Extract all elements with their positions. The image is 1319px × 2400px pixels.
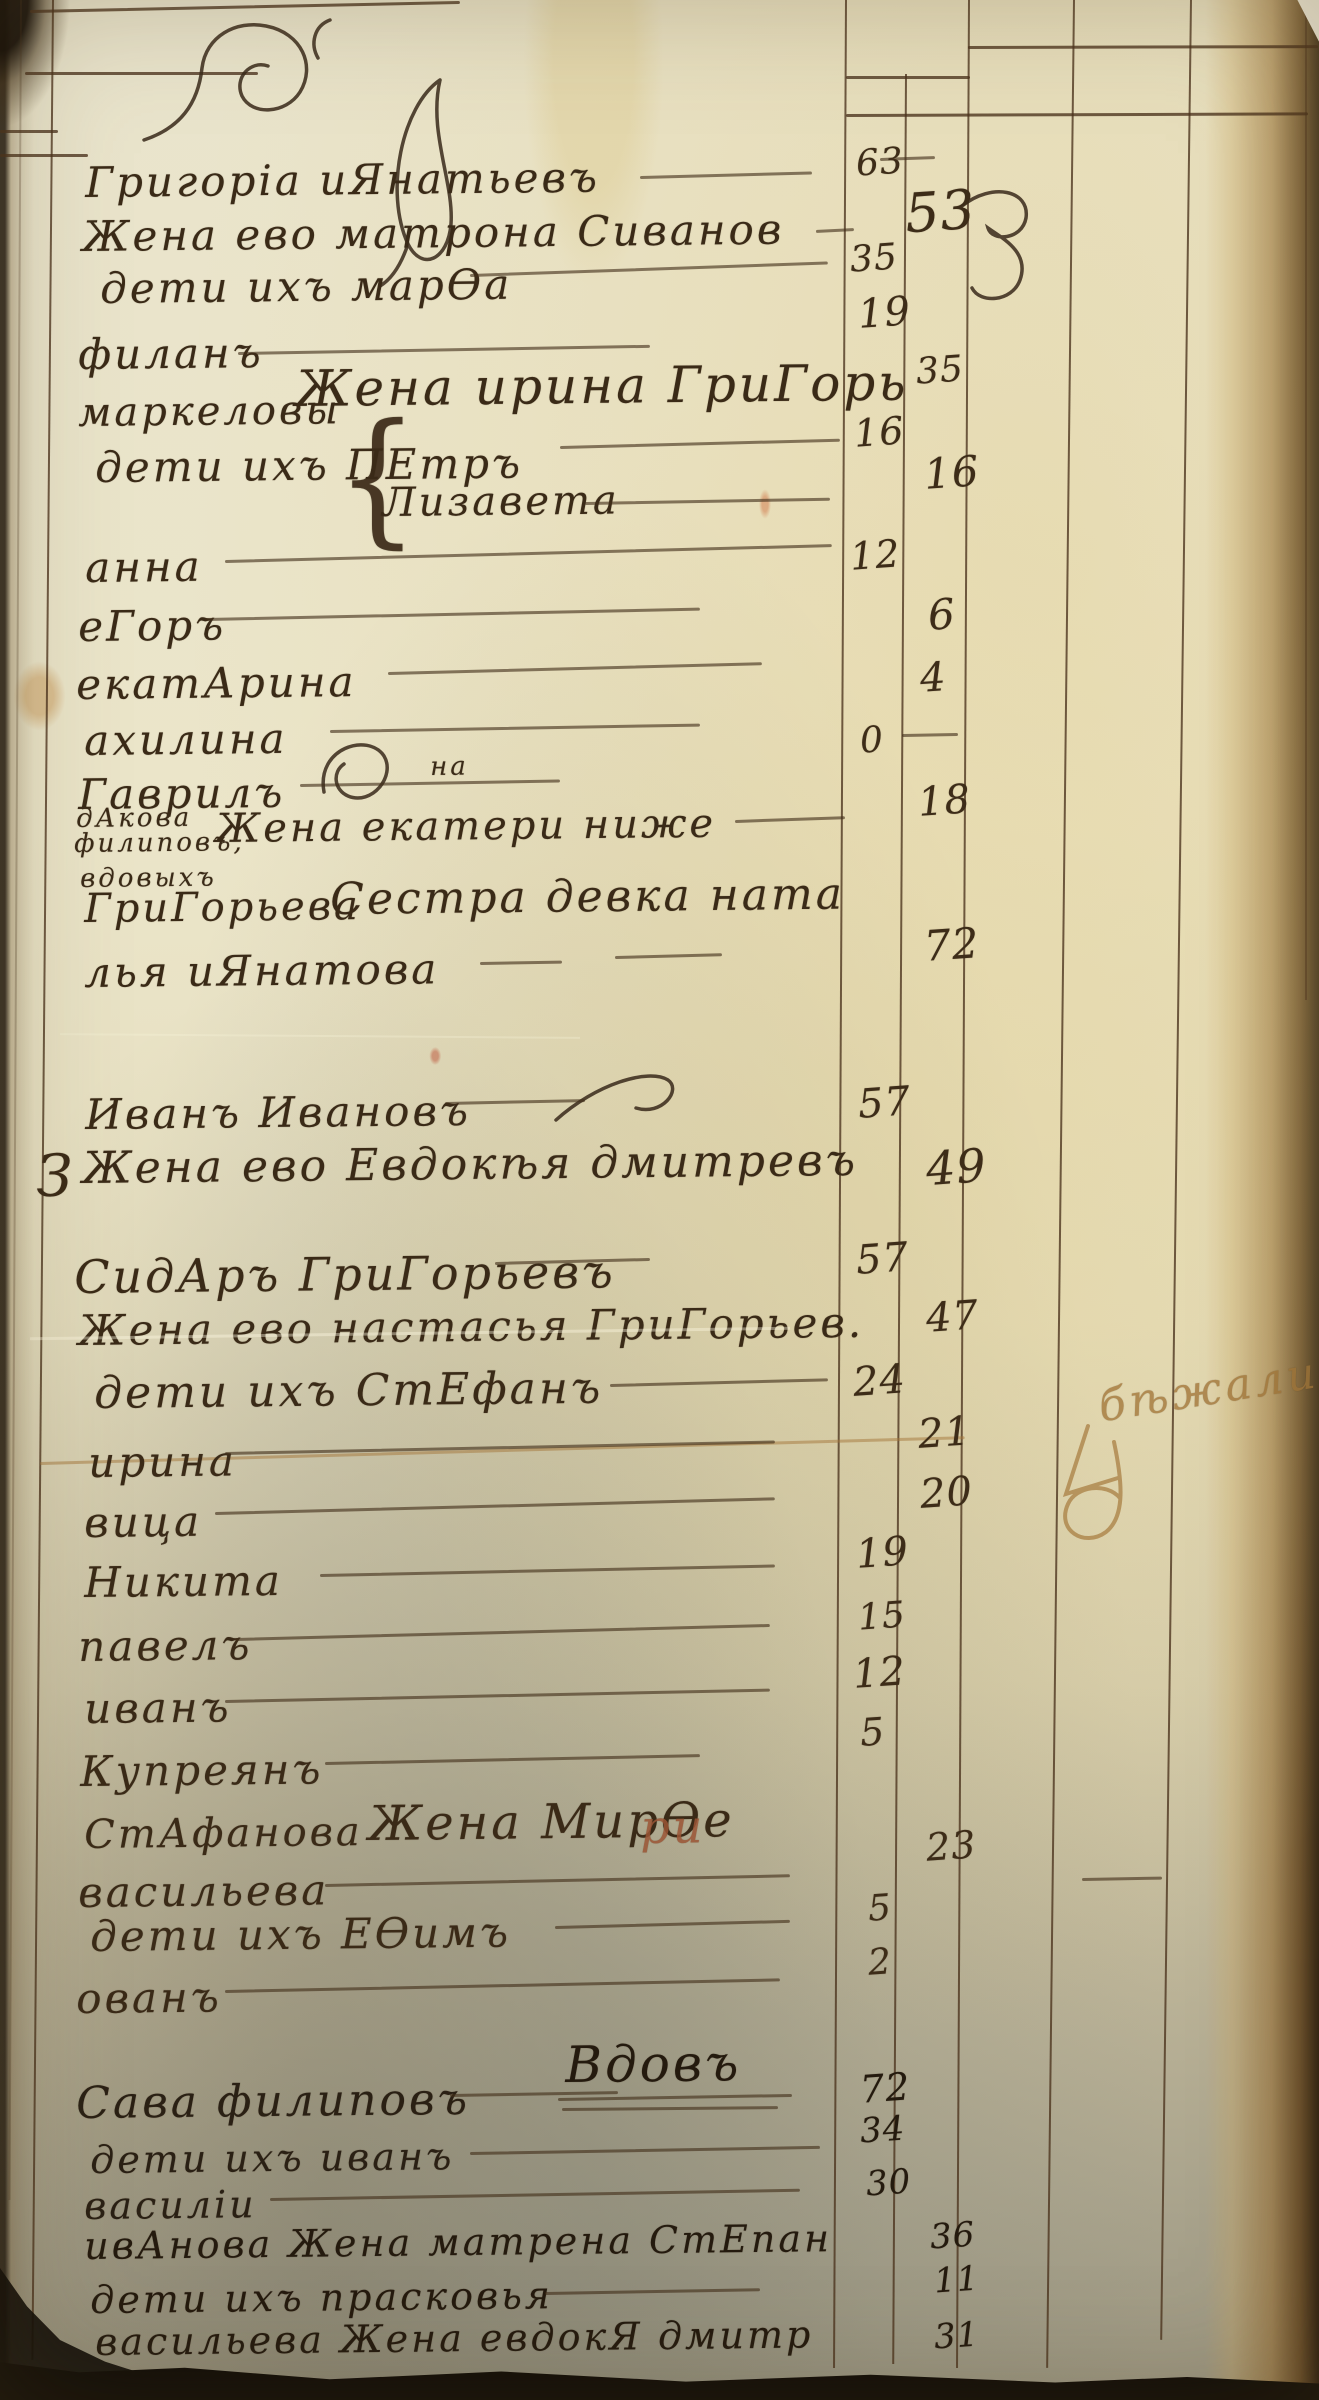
- age-number: 18: [916, 776, 972, 826]
- manuscript-line: ирина: [88, 1436, 237, 1487]
- ditto-dash-rule: [545, 2288, 760, 2295]
- age-number: 36: [929, 2214, 977, 2257]
- ditto-dash-rule: [225, 1689, 770, 1703]
- age-number: 2: [867, 1941, 894, 1984]
- manuscript-line: СтАфанова: [84, 1809, 363, 1858]
- manuscript-line: дети ихъ ЕѲимъ: [90, 1908, 511, 1961]
- left-paper-fold-line: [8, 0, 22, 2200]
- age-number: 16: [922, 446, 981, 499]
- ditto-dash-rule: [902, 733, 958, 737]
- age-number: 49: [924, 1138, 988, 1196]
- manuscript-line: ри: [640, 1799, 706, 1854]
- manuscript-line: иванъ: [84, 1682, 232, 1733]
- age-number: 24: [851, 1356, 907, 1406]
- ditto-dash-rule: [480, 961, 562, 965]
- ditto-dash-rule: [615, 953, 722, 959]
- manuscript-line: дети ихъ СтЕфанъ: [94, 1363, 603, 1419]
- margin-tick-2: [0, 154, 88, 157]
- ditto-dash-rule: [562, 2106, 778, 2111]
- ditto-dash-rule: [470, 2146, 820, 2155]
- age-number: 30: [865, 2161, 913, 2204]
- age-number: 20: [918, 1468, 974, 1518]
- age-number: 11: [933, 2258, 981, 2301]
- age-number: 35: [849, 236, 900, 280]
- age-number: 53: [903, 178, 978, 246]
- ditto-dash-rule: [585, 498, 830, 505]
- age-number: 5: [867, 1887, 894, 1930]
- age-number: 34: [859, 2108, 907, 2151]
- ditto-dash-rule: [560, 439, 840, 449]
- ditto-dash-rule: [330, 724, 700, 733]
- ditto-dash-rule: [225, 544, 832, 563]
- header-rule-right: [968, 45, 1318, 49]
- manuscript-line: ахилина: [84, 714, 288, 765]
- manuscript-line: васильева Жена евдокЯ дмитр: [95, 2312, 814, 2364]
- ditto-dash-rule: [470, 262, 828, 277]
- ditto-dash-rule: [238, 345, 650, 355]
- manuscript-line: еГоръ: [78, 600, 226, 651]
- column-rule-f: [1305, 0, 1307, 1000]
- manuscript-line: Иванъ Ивановъ: [85, 1086, 471, 1139]
- manuscript-line: дети ихъ марѲа: [100, 260, 513, 313]
- age-number: 35: [915, 348, 966, 392]
- manuscript-line: павелъ: [78, 1620, 253, 1671]
- column-rule-e: [1160, 0, 1192, 2340]
- ditto-dash-rule: [215, 1497, 775, 1515]
- age-number: 23: [925, 1822, 978, 1869]
- margin-note: бѣжали: [1095, 1347, 1319, 1432]
- ditto-dash-rule: [320, 1564, 775, 1577]
- age-number: 4: [918, 654, 948, 702]
- manuscript-line: анна: [85, 542, 203, 592]
- column-rule-d: [1046, 0, 1075, 2368]
- widower-label: Вдовъ: [565, 2034, 742, 2094]
- manuscript-line: Жена ево матрона Сиванов: [82, 205, 785, 261]
- margin-tick-1: [0, 130, 58, 133]
- ivan-row-flourish: [552, 1062, 682, 1128]
- manuscript-line: ГриГорьева: [84, 883, 361, 932]
- ditto-dash-rule: [880, 156, 935, 161]
- age-number: 63: [855, 140, 906, 184]
- age-number: 12: [849, 531, 902, 578]
- age-number: 19: [856, 288, 912, 338]
- age-number: 47: [924, 1292, 980, 1342]
- age-number: 57: [854, 1234, 910, 1284]
- manuscript-line: лья иЯнатова: [84, 944, 440, 997]
- age-number: 21: [916, 1408, 972, 1458]
- superscript-insert: на: [430, 752, 469, 782]
- ditto-dash-rule: [225, 1440, 775, 1455]
- margin-note-flourish: [1022, 1420, 1172, 1560]
- ditto-dash-rule: [1082, 1877, 1162, 1881]
- header-rule-small: [846, 76, 970, 79]
- ditto-dash-rule: [816, 228, 854, 233]
- age-number: 57: [856, 1078, 912, 1128]
- manuscript-line: Никита: [84, 1556, 283, 1607]
- age-number: 31: [933, 2314, 981, 2357]
- manuscript-line: Сестра девка ната: [330, 869, 845, 925]
- age-number: 0: [859, 719, 886, 762]
- age-number: 15: [857, 1594, 908, 1638]
- ditto-dash-rule: [610, 1378, 828, 1387]
- manuscript-line: Сава филиповъ: [76, 2074, 470, 2129]
- comma-flourish: [300, 16, 340, 62]
- manuscript-line: василіи: [84, 2182, 257, 2228]
- ditto-dash-rule: [558, 2094, 792, 2101]
- header-rule-full: [846, 112, 1308, 117]
- ditto-dash-rule: [640, 171, 812, 179]
- age-number: 72: [859, 2064, 912, 2111]
- age-number: 16: [853, 408, 906, 455]
- age-number: 12: [851, 1648, 907, 1698]
- age-number: 6: [926, 589, 957, 640]
- age-number: 72: [922, 918, 981, 971]
- age-number: 19: [854, 1528, 910, 1578]
- paper-crease-2: [60, 1033, 580, 1039]
- ditto-dash-rule: [735, 816, 845, 823]
- manuscript-line: дети ихъ прасковья: [90, 2273, 553, 2322]
- ditto-dash-rule: [325, 1874, 790, 1887]
- ditto-dash-rule: [270, 2189, 800, 2201]
- ditto-dash-rule: [225, 1978, 780, 1993]
- manuscript-line: ивАнова Жена матрена СтЕпан: [84, 2216, 832, 2268]
- age-number: 5: [858, 1709, 886, 1755]
- ditto-dash-rule: [450, 2091, 618, 2097]
- ditto-dash-rule: [555, 1920, 790, 1929]
- manuscript-line: дети ихъ иванъ: [90, 2134, 455, 2182]
- manuscript-line: ованъ: [76, 1972, 222, 2023]
- manuscript-line: филанъ: [78, 328, 264, 379]
- manuscript-line: Жена екатери ниже: [215, 801, 716, 852]
- manuscript-line: екатАрина: [76, 657, 357, 709]
- manuscript-line: Жена ево Евдокѣя дмитревъ: [82, 1135, 858, 1194]
- ditto-dash-rule: [388, 662, 762, 675]
- manuscript-line: Жена ирина ГриГорь: [295, 354, 909, 418]
- ditto-dash-rule: [325, 1754, 700, 1765]
- manuscript-line: СидАръ ГриГорьевъ: [74, 1244, 616, 1304]
- ditto-dash-rule: [205, 608, 700, 621]
- manuscript-line: вица: [84, 1497, 202, 1547]
- ditto-dash-rule: [235, 1624, 770, 1641]
- manuscript-line: Купреянъ: [80, 1744, 324, 1796]
- manuscript-line: Григоріа иЯнатьевъ: [85, 153, 600, 207]
- manuscript-page: { на З Вдовъ бѣжали Григоріа иЯнатьевъЖе…: [0, 0, 1319, 2400]
- household-mark: З: [36, 1142, 76, 1210]
- gavril-row-flourish: [312, 730, 402, 810]
